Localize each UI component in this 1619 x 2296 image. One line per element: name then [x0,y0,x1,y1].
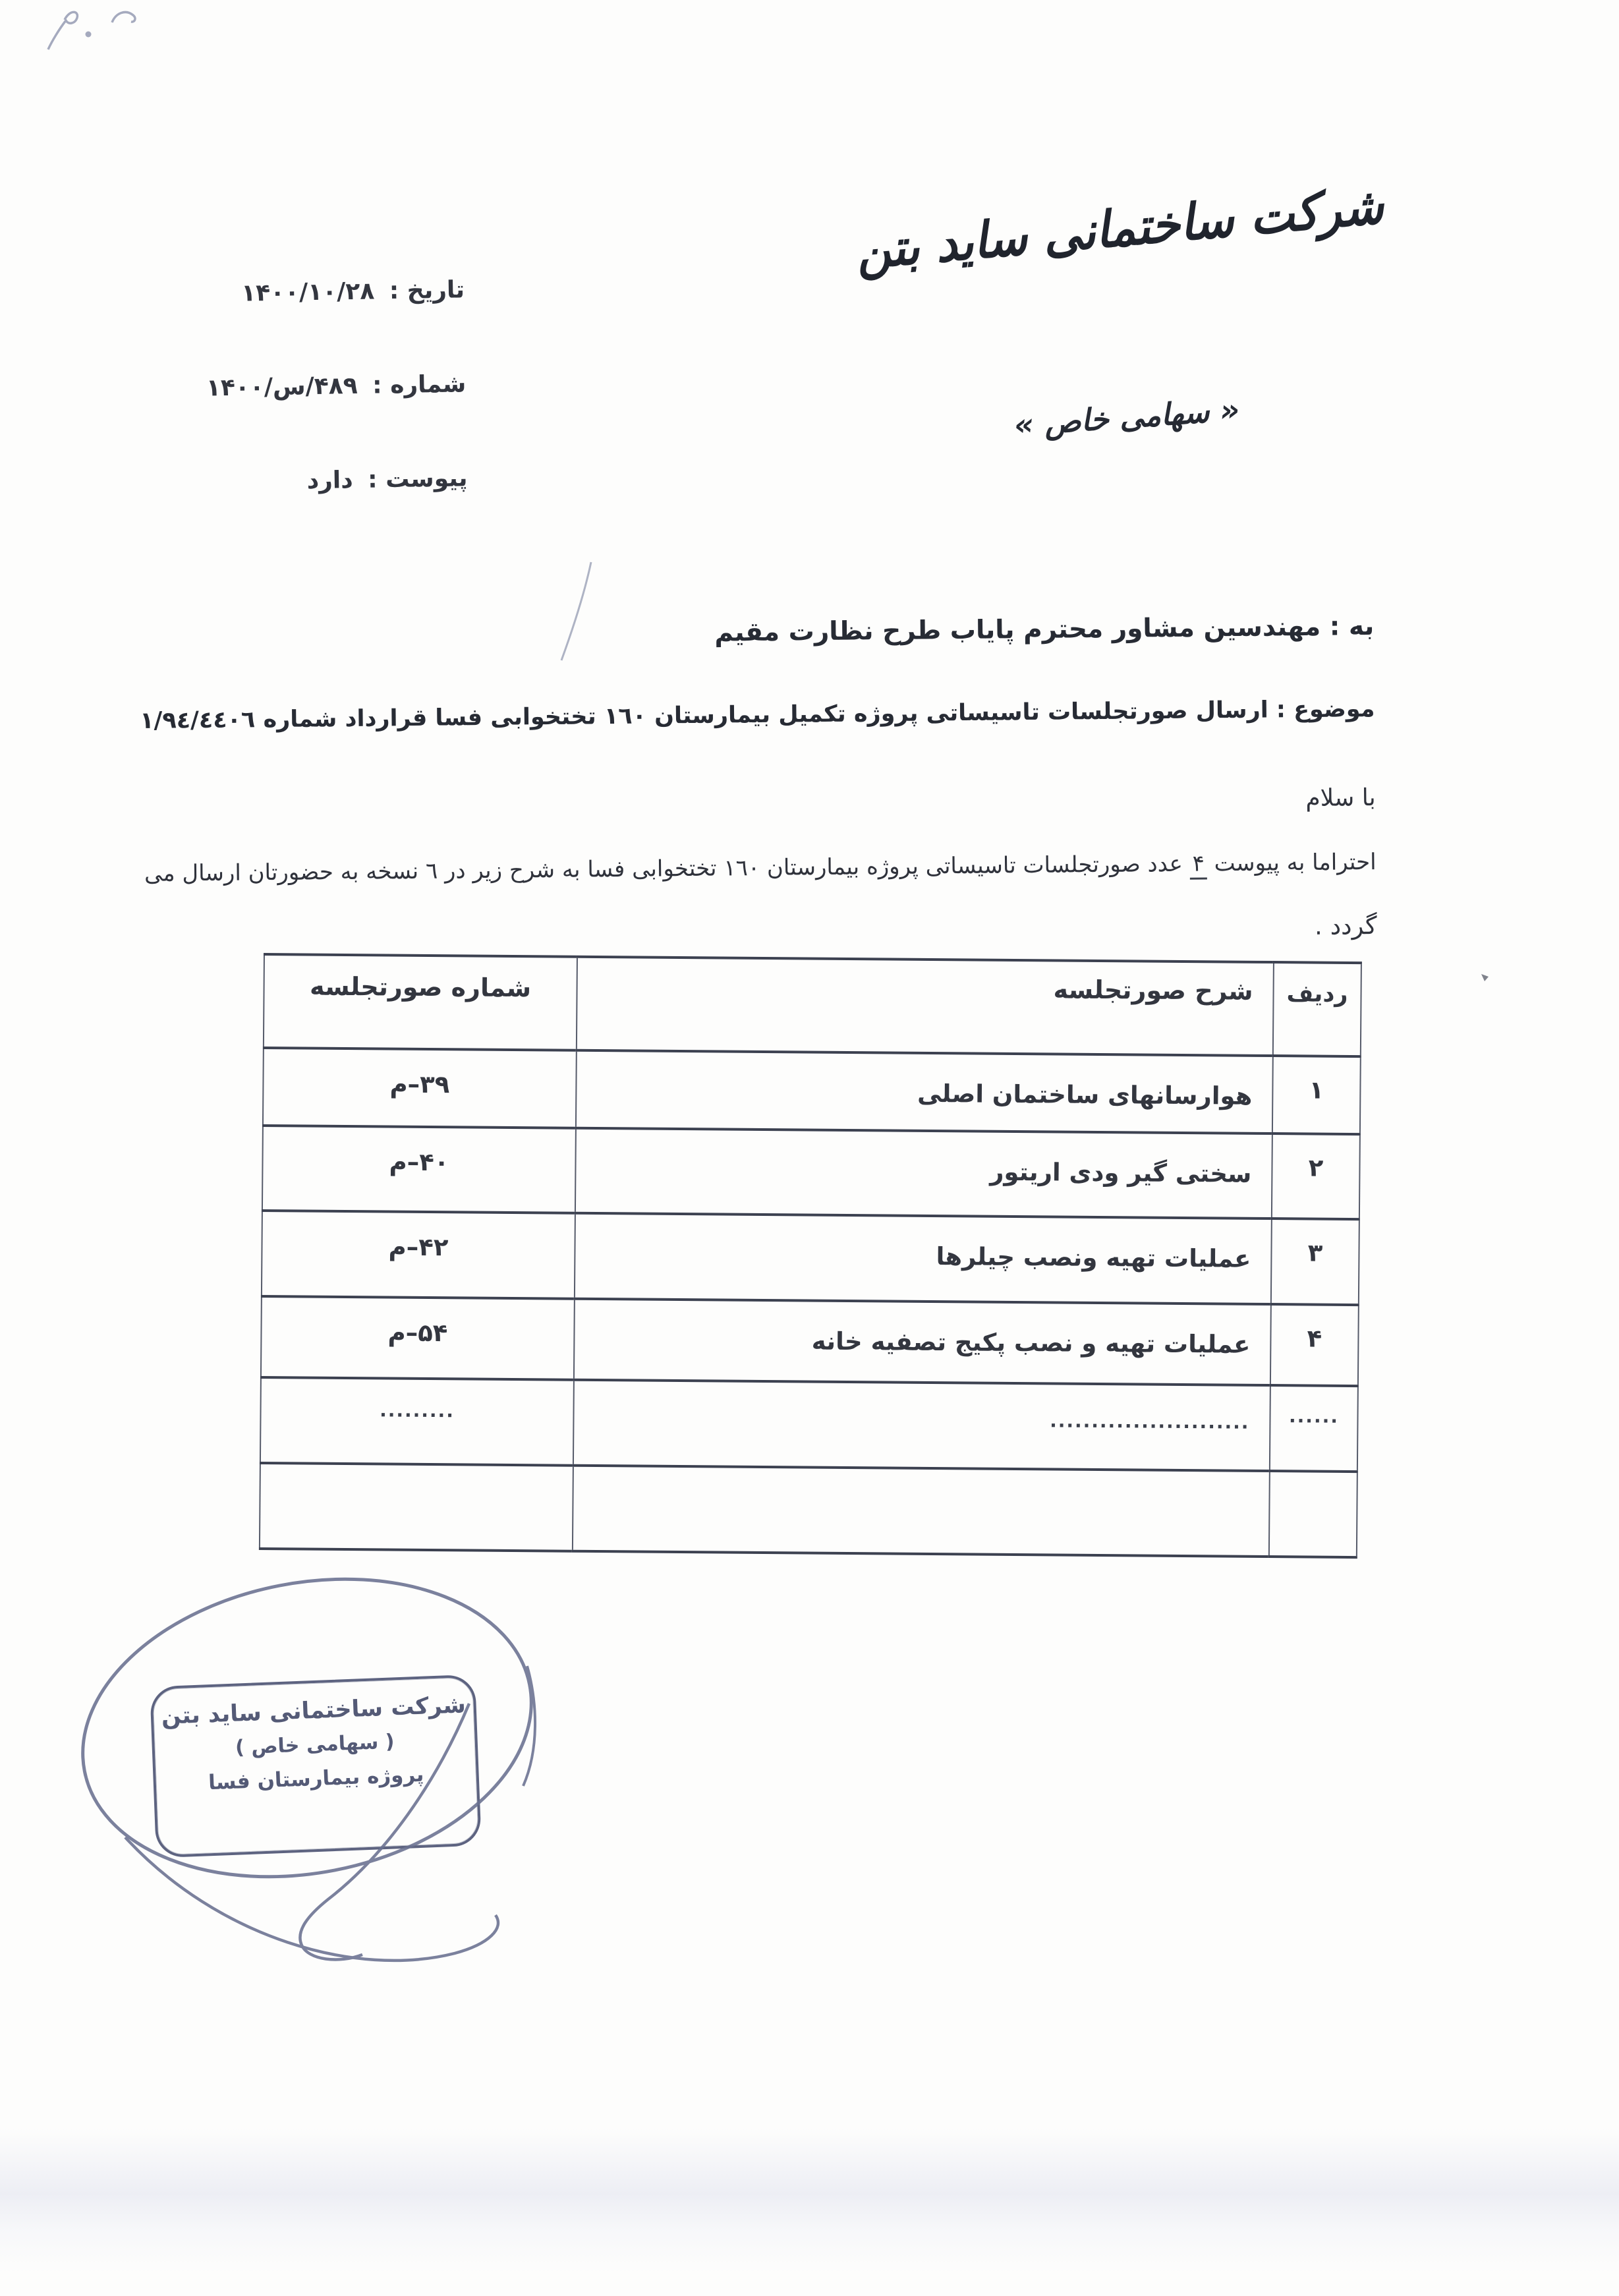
body-paragraph: احتراما به پیوست ۴ عدد صورتجلسات تاسیسات… [144,849,1377,887]
salutation: با سلام [1305,784,1376,812]
row-index: ۳ [1271,1219,1359,1305]
table-row: ۲ سختی گیر ودی اریتور ۴۰–م [262,1126,1360,1219]
date-label: تاریخ : [389,276,465,304]
row-index: ۱ [1272,1056,1361,1134]
pen-scribble-icon [48,12,135,49]
header-radif: ردیف [1273,962,1361,1056]
to-line: به : مهندسین مشاور محترم پایاب طرح نظارت… [714,612,1374,648]
paragraph-rest: عدد صورتجلسات تاسیساتی پروژه بیمارستان ۱… [144,851,1190,887]
number-line: شماره : ۴۸۹/س/۱۴۰۰ [242,370,467,401]
header-shomare: شماره صورتجلسه [264,954,577,1050]
table-row-empty [260,1463,1357,1557]
table-row: ۳ عملیات تهیه ونصب چیلرها ۴۲–م [262,1211,1359,1305]
table-header-row: ردیف شرح صورتجلسه شماره صورتجلسه [264,954,1361,1056]
attachment-count: ۴ [1189,850,1207,879]
scanned-letter-page: تاریخ : ۱۴۰۰/۱۰/۲۸ شماره : ۴۸۹/س/۱۴۰۰ پی… [0,0,1619,2296]
scan-artifact-band [0,2129,1619,2274]
row-number: ۴۲–م [262,1211,575,1299]
row-number: ۳۹–م [263,1048,577,1128]
table-row: ۱ هوارسانهای ساختمان اصلی ۳۹–م [263,1048,1361,1134]
date-value: ۱۴۰۰/۱۰/۲۸ [241,278,375,307]
company-type-caption: « سهامی خاص » [1008,391,1247,444]
company-stamp: شرکت ساختمانی ساید بتن ( سهامی خاص ) پرو… [150,1675,482,1858]
paragraph-start: احتراما به پیوست [1207,849,1377,876]
row-index: ۴ [1270,1304,1359,1386]
paragraph-end: گردد . [1315,911,1377,940]
attachment-line: پیوست : دارد [243,465,468,495]
table-row: ۴ عملیات تهیه و نصب پکیج تصفیه خانه ۵۴–م [261,1296,1359,1386]
attachment-value: دارد [306,467,353,494]
row-number: ۵۴–م [261,1296,575,1380]
attachment-label: پیوست : [368,465,468,493]
stamp-company-name: شرکت ساختمانی ساید بتن [153,1692,474,1731]
row-number: ۴۰–م [262,1126,576,1213]
subject-line: موضوع : ارسال صورتجلسات تاسیساتی پروژه ت… [140,696,1375,734]
number-value: ۴۸۹/س/۱۴۰۰ [206,372,358,402]
table-row-dotted: ...... ........................ ........… [260,1377,1358,1472]
minutes-table: ردیف شرح صورتجلسه شماره صورتجلسه ۱ هوارس… [259,953,1362,1559]
row-number [260,1463,573,1551]
date-line: تاریخ : ۱۴۰۰/۱۰/۲۸ [241,276,465,306]
row-number: ......... [260,1377,574,1466]
row-description [573,1466,1270,1557]
letterhead-meta: تاریخ : ۱۴۰۰/۱۰/۲۸ شماره : ۴۸۹/س/۱۴۰۰ پی… [241,276,469,562]
stamp-company-type: ( سهامی خاص ) [154,1727,475,1763]
company-logo: شرکت ساختمانی ساید بتن [881,176,1386,278]
row-description: عملیات تهیه و نصب پکیج تصفیه خانه [574,1299,1271,1385]
letter-body: به : مهندسین مشاور محترم پایاب طرح نظارت… [244,612,1377,991]
pen-dot-icon [86,32,92,38]
header-sharh: شرح صورتجلسه [577,957,1274,1056]
row-description: عملیات تهیه ونصب چیلرها [575,1213,1272,1304]
row-description: ........................ [573,1380,1270,1471]
row-description: سختی گیر ودی اریتور [575,1128,1272,1219]
row-index: ۲ [1272,1134,1360,1219]
row-index [1269,1471,1357,1557]
number-label: شماره : [372,370,467,399]
stamp-project-line: پروژه بیمارستان فسا [156,1761,476,1797]
row-index: ...... [1270,1385,1358,1472]
row-description: هوارسانهای ساختمان اصلی [576,1050,1273,1134]
ink-speck-icon [1481,974,1489,981]
